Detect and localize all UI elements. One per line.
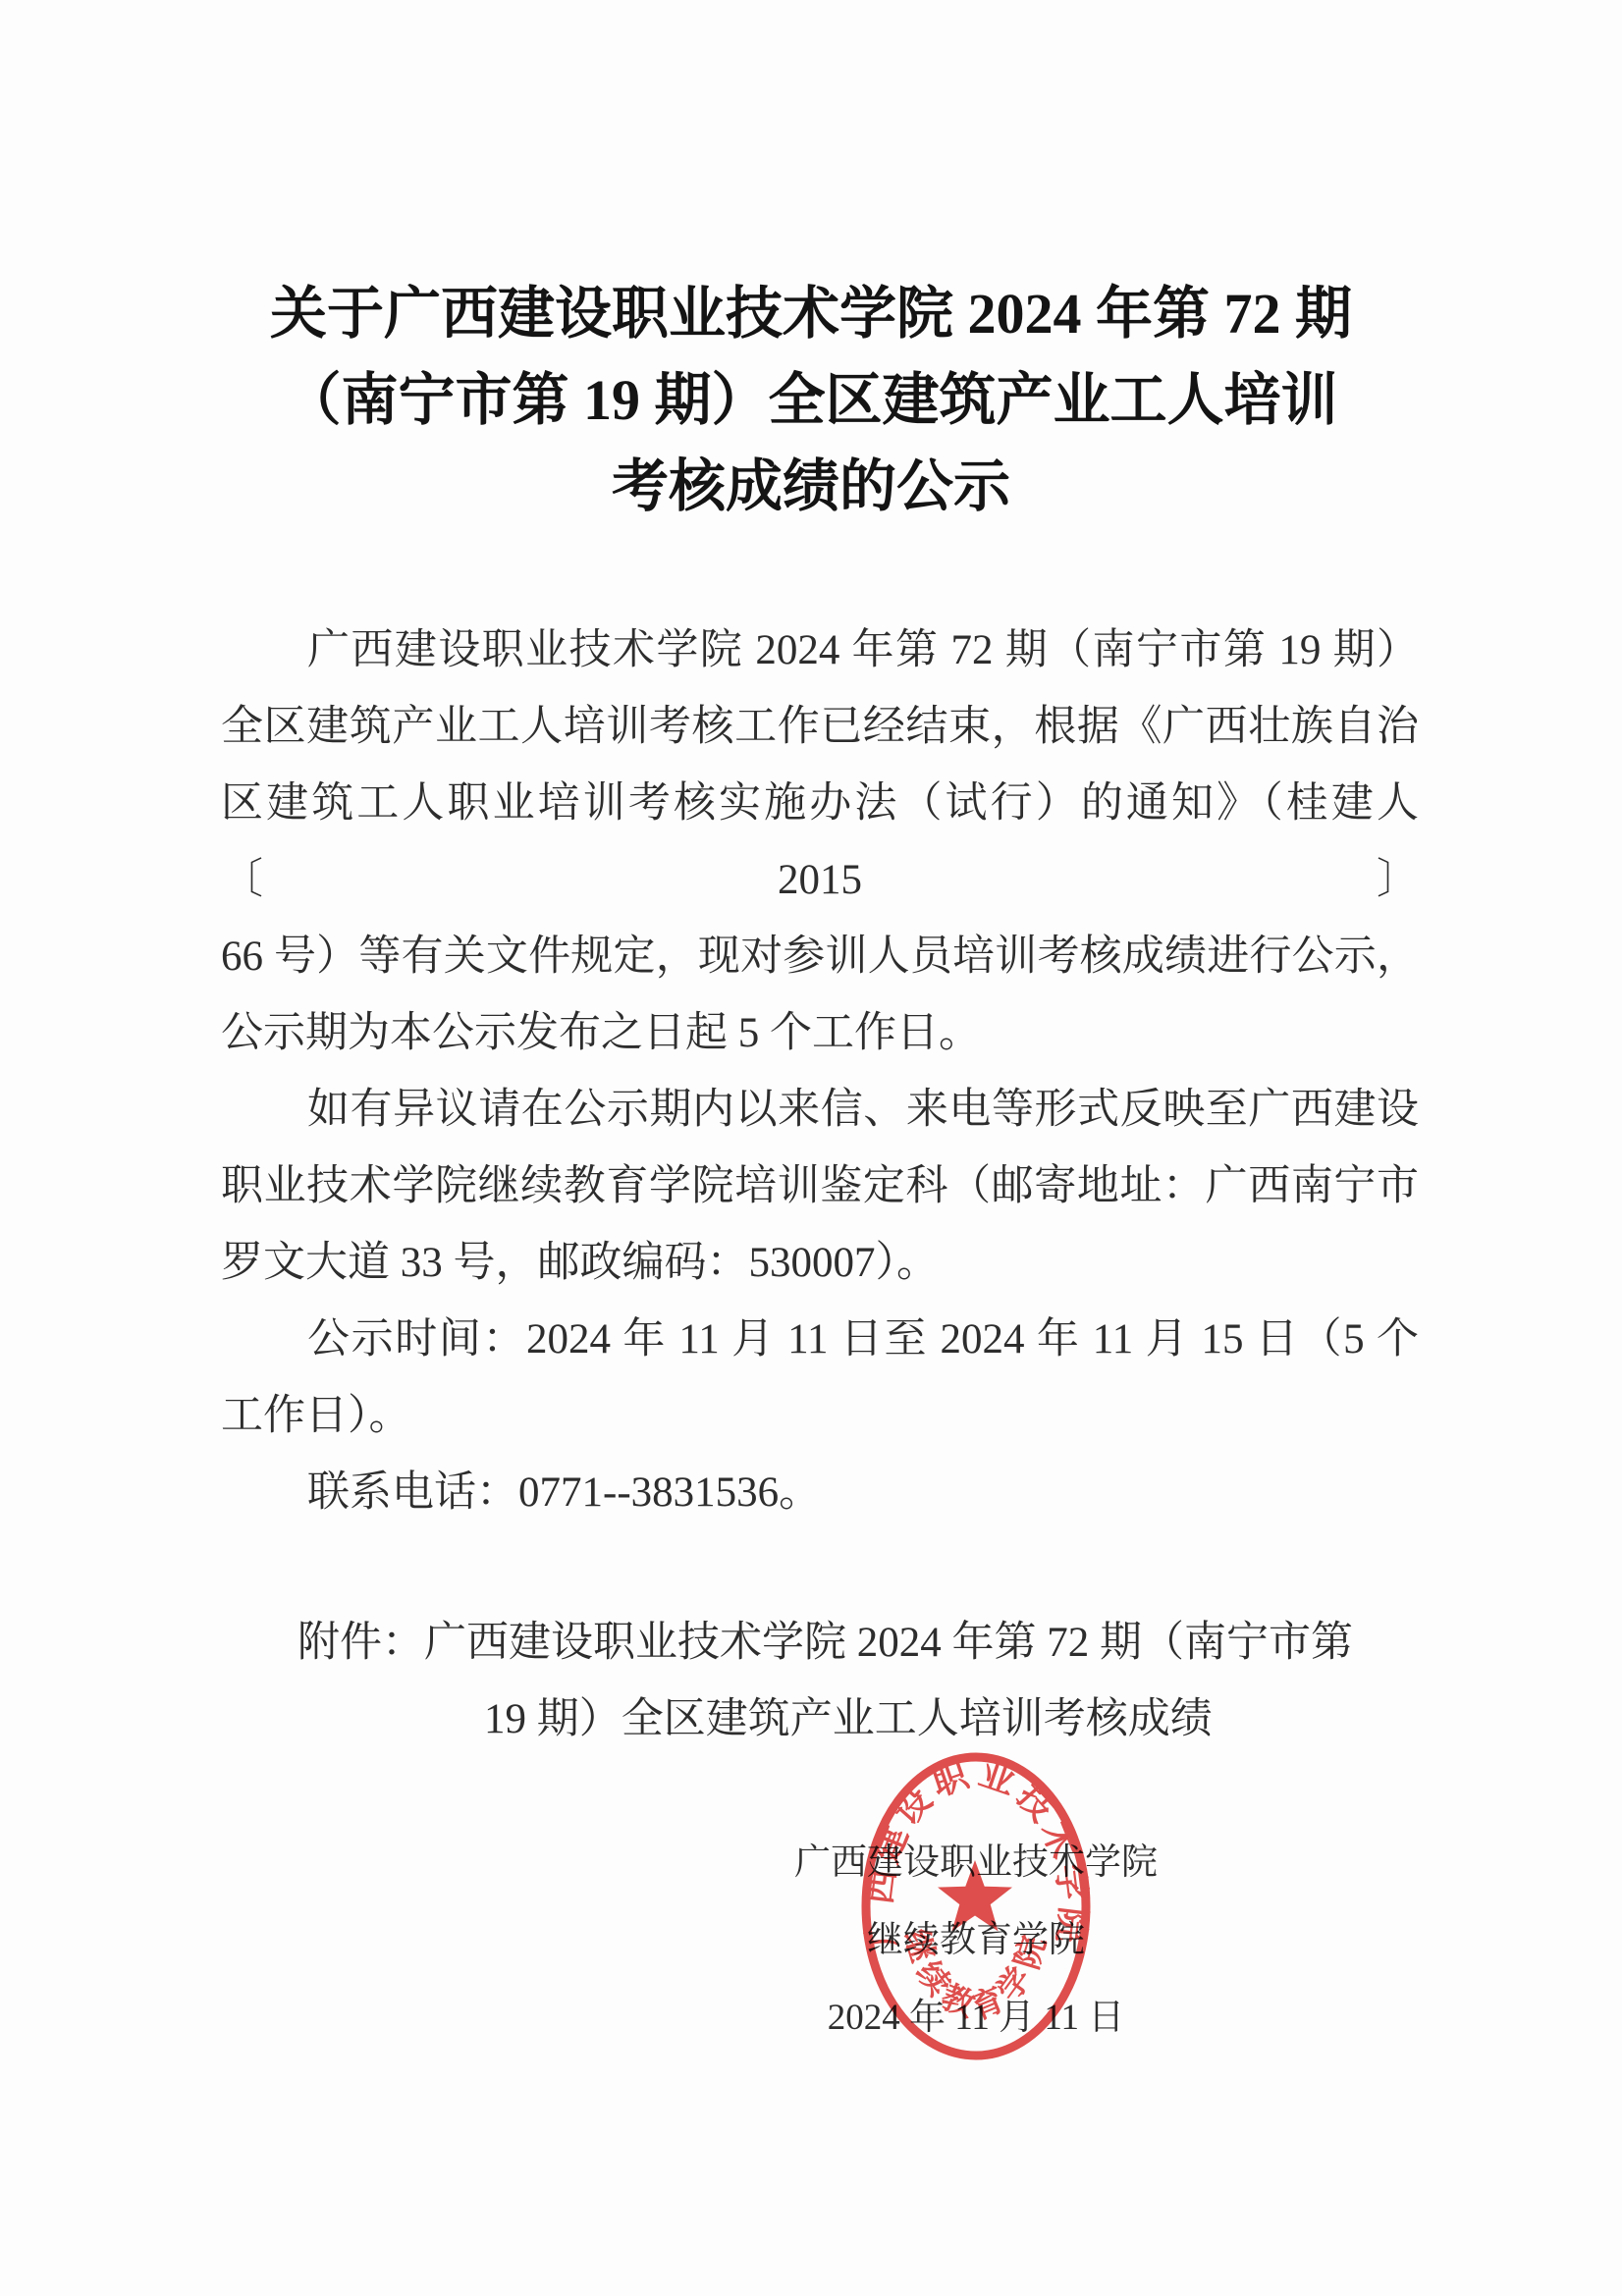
body-text-line: 广西建设职业技术学院 2024 年第 72 期（南宁市第 19 期） xyxy=(221,613,1419,689)
attachment-line: 附件：广西建设职业技术学院 2024 年第 72 期（南宁市第 xyxy=(221,1605,1419,1682)
body-text-line: 罗文大道 33 号，邮政编码：530007）。 xyxy=(221,1225,1419,1302)
body-text-line: 公示时间：2024 年 11 月 11 日至 2024 年 11 月 15 日（… xyxy=(221,1302,1419,1378)
body-text-line: 如有异议请在公示期内以来信、来电等形式反映至广西建设 xyxy=(221,1072,1419,1148)
document-page: 关于广西建设职业技术学院 2024 年第 72 期 （南宁市第 19 期）全区建… xyxy=(0,0,1622,2296)
attachment-block: 附件：广西建设职业技术学院 2024 年第 72 期（南宁市第 19 期）全区建… xyxy=(221,1605,1419,1758)
body-text-line: 职业技术学院继续教育学院培训鉴定科（邮寄地址：广西南宁市 xyxy=(221,1148,1419,1225)
title-line: （南宁市第 19 期）全区建筑产业工人培训 xyxy=(0,357,1622,444)
body-text-line: 联系电话：0771--3831536。 xyxy=(221,1455,1419,1531)
official-seal: 广西建设职业技术学院 继续教育学院 xyxy=(848,1739,1104,2073)
body-text-line: 66 号）等有关文件规定，现对参训人员培训考核成绩进行公示， xyxy=(221,919,1419,995)
document-title: 关于广西建设职业技术学院 2024 年第 72 期 （南宁市第 19 期）全区建… xyxy=(0,0,1622,530)
seal-arc-text-top: 广西建设职业技术学院 xyxy=(859,1753,1093,1949)
title-line: 考核成绩的公示 xyxy=(0,444,1622,530)
svg-text:继续教育学院: 继续教育学院 xyxy=(896,1925,1054,2027)
svg-text:广西建设职业技术学院: 广西建设职业技术学院 xyxy=(859,1753,1093,1949)
body-text-line: 公示期为本公示发布之日起 5 个工作日。 xyxy=(221,995,1419,1072)
document-body: 广西建设职业技术学院 2024 年第 72 期（南宁市第 19 期） 全区建筑产… xyxy=(221,613,1419,1758)
body-text-line: 工作日）。 xyxy=(221,1378,1419,1455)
title-line: 关于广西建设职业技术学院 2024 年第 72 期 xyxy=(0,271,1622,357)
seal-star-icon xyxy=(938,1860,1012,1931)
body-text-line: 全区建筑产业工人培训考核工作已经结束，根据《广西壮族自治 xyxy=(221,689,1419,766)
attachment-line: 19 期）全区建筑产业工人培训考核成绩 xyxy=(221,1682,1419,1758)
seal-arc-text-bottom: 继续教育学院 xyxy=(896,1925,1054,2027)
body-text-line: 区建筑工人职业培训考核实施办法（试行）的通知》（桂建人〔2015〕 xyxy=(221,766,1419,919)
